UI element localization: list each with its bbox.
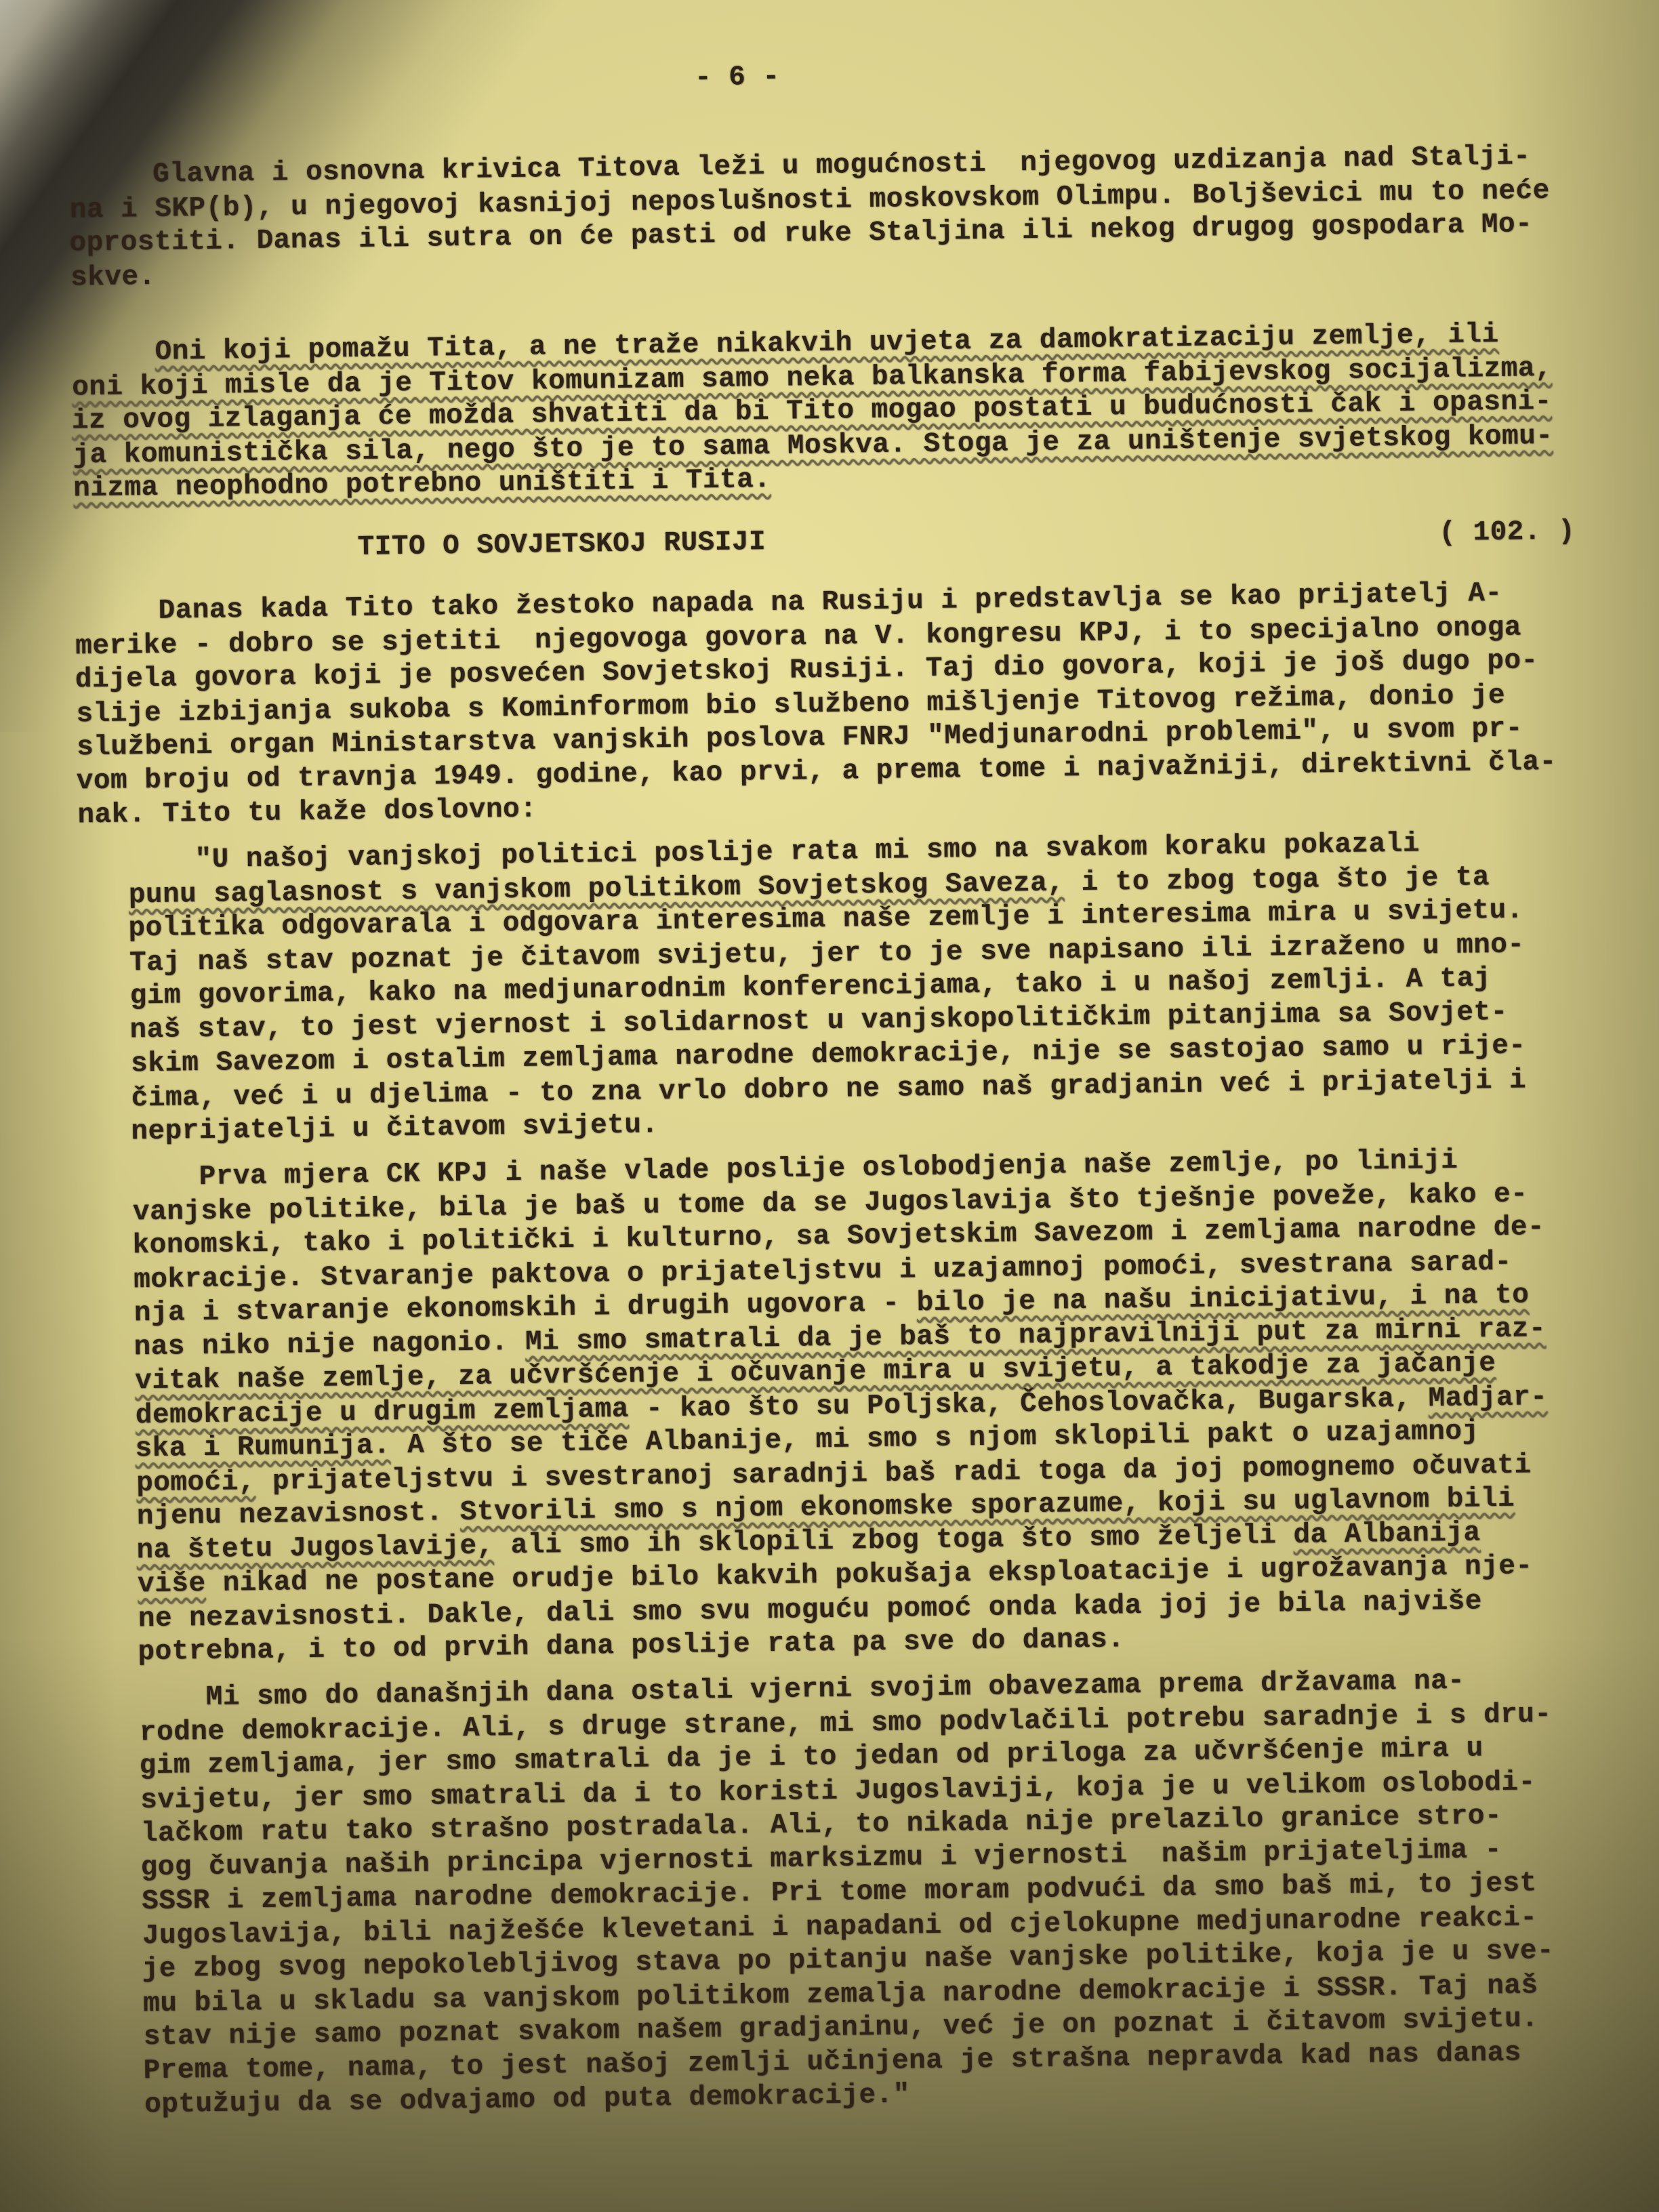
pencil-underline: da Albanija (1293, 1517, 1481, 1551)
paragraph: Mi smo do današnjih dana ostali vjerni s… (139, 1662, 1596, 2122)
line-segment: skve. (70, 262, 156, 294)
typewritten-page: - 6 - Glavna i osnovna krivica Titova le… (68, 50, 1596, 2135)
line-segment: nas niko nije nagonio. (134, 1327, 525, 1364)
pencil-underline: demokracije u drugim zemljama (136, 1394, 630, 1432)
line-segment: njenu nezavisnost. (137, 1497, 461, 1532)
section-heading: TITO O SOVJETSKOJ RUSIJI( 102. ) (74, 514, 1575, 568)
pencil-underline: pomoći, (136, 1467, 255, 1499)
pencil-underline: ska i Rumunija. (135, 1430, 390, 1465)
pencil-underline: Madjar- (1428, 1382, 1547, 1414)
paragraph: Oni koji pomažu Tita, a ne traže nikakvi… (71, 316, 1574, 506)
paragraph: Glavna i osnovna krivica Titova leži u m… (69, 139, 1572, 294)
line-segment: nak. Tito tu kaže doslovno: (77, 794, 537, 832)
section-reference: ( 102. ) (1439, 514, 1575, 550)
pencil-underline: na štetu Jugoslavije, (136, 1530, 494, 1566)
page-number: - 6 - (68, 50, 1569, 104)
section-title: TITO O SOVJETSKOJ RUSIJI (357, 525, 766, 565)
document-body: Glavna i osnovna krivica Titova leži u m… (69, 139, 1596, 2123)
line-segment: neprijatelji u čitavom svijetu. (131, 1109, 659, 1147)
line-segment: i to zbog toga što je ta (1064, 862, 1490, 899)
pencil-underline: više (138, 1568, 206, 1600)
document-photo: - 6 - Glavna i osnovna krivica Titova le… (0, 0, 1659, 2212)
paragraph: Danas kada Tito tako žestoko napada na R… (75, 575, 1578, 832)
paragraph: "U našoj vanjskoj politici poslije rata … (128, 825, 1583, 1149)
paragraph: Prva mjera CK KPJ i naše vlade poslije o… (132, 1142, 1590, 1669)
